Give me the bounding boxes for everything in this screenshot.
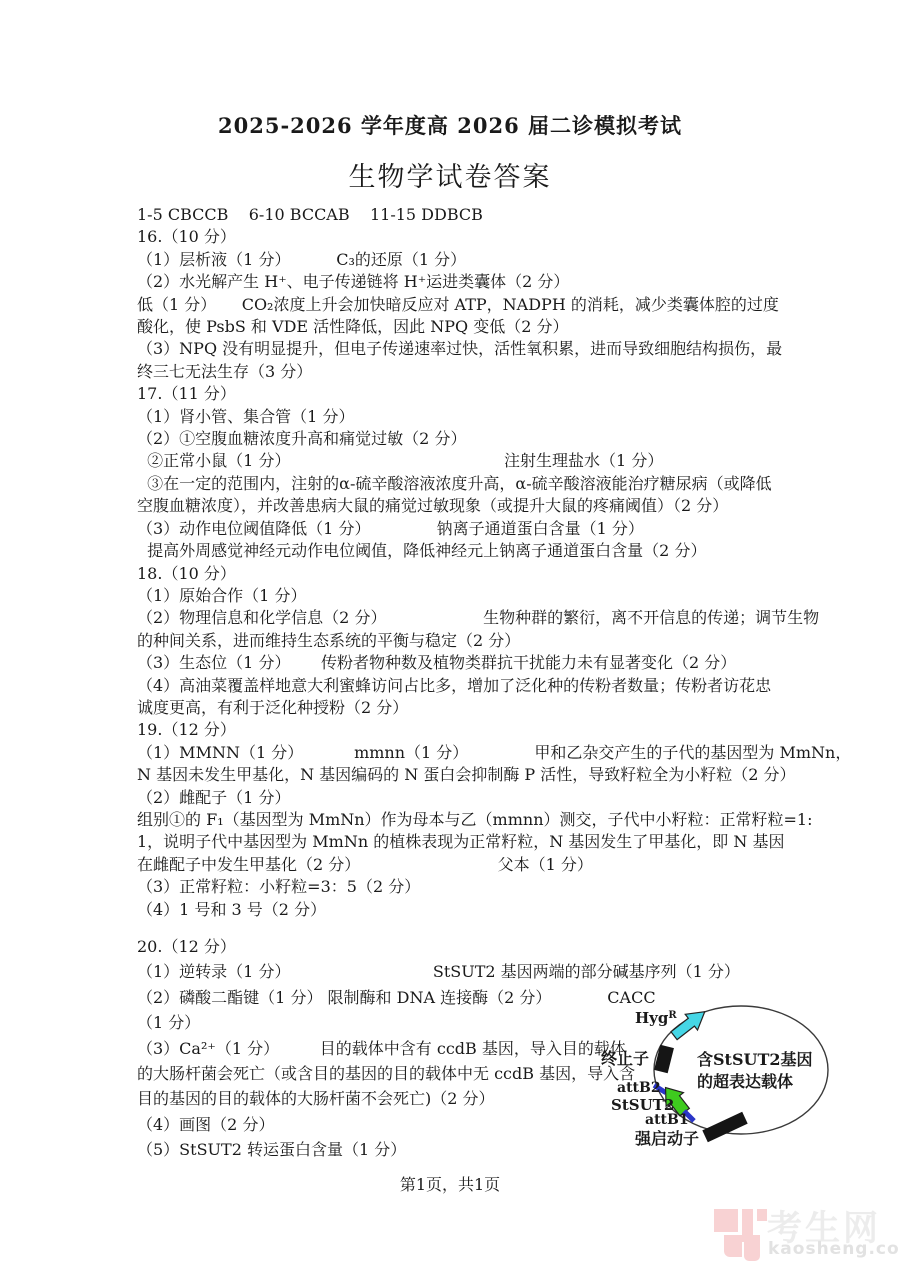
answer-line: （3）正常籽粒：小籽粒=3：5（2 分） xyxy=(137,876,857,898)
exam-answer-page: 2025-2026 学年度高 2026 届二诊模拟考试 生物学试卷答案 1-5 … xyxy=(0,0,900,1274)
answer-line: N 基因未发生甲基化，N 基因编码的 N 蛋白会抑制酶 P 活性，导致籽粒全为小… xyxy=(137,764,857,786)
answer-line: （2）物理信息和化学信息（2 分） 生物种群的繁衍，离不开信息的传递；调节生物 xyxy=(137,607,857,629)
attB1-label: attB1 xyxy=(645,1112,689,1128)
answer-line: 终三七无法生存（3 分） xyxy=(137,361,857,383)
answer-line: 19.（12 分） xyxy=(137,719,857,741)
answer-line: 17.（11 分） xyxy=(137,383,857,405)
answer-line: （1）层析液（1 分） C₃的还原（1 分） xyxy=(137,249,857,271)
answer-line: （2）磷酸二酯键（1 分） 限制酶和 DNA 连接酶（2 分） CACC xyxy=(137,985,607,1010)
answer-line: 目的基因的目的载体的大肠杆菌不会死亡)（2 分） xyxy=(137,1086,607,1111)
answer-line: 酸化，使 PsbS 和 VDE 活性降低，因此 NPQ 变低（2 分） xyxy=(137,316,857,338)
attB2-label: attB2 xyxy=(617,1080,661,1096)
answer-line: （4）高油菜覆盖样地意大利蜜蜂访问占比多，增加了泛化种的传粉者数量；传粉者访花忠 xyxy=(137,675,857,697)
promoter-label: 强启动子 xyxy=(634,1129,699,1148)
watermark: 考生网 kaosheng.com xyxy=(705,1195,895,1270)
answer-line: ③在一定的范围内，注射的α-硫辛酸溶液浓度升高，α-硫辛酸溶液能治疗糖尿病（或降… xyxy=(137,473,857,495)
answer-line: 1，说明子代中基因型为 MmNn 的植株表现为正常籽粒，N 基因发生了甲基化，即… xyxy=(137,831,857,853)
answer-line: 在雌配子中发生甲基化（2 分） 父本（1 分） xyxy=(137,854,857,876)
answer-line: 16.（10 分） xyxy=(137,226,857,248)
document-subtitle: 生物学试卷答案 xyxy=(0,160,900,196)
answer-line: ②正常小鼠（1 分） 注射生理盐水（1 分） xyxy=(137,450,857,472)
answer-line: 低（1 分） CO₂浓度上升会加快暗反应对 ATP，NADPH 的消耗，减少类囊… xyxy=(137,294,857,316)
answer-line: （1）逆转录（1 分） StSUT2 基因两端的部分碱基序列（1 分） xyxy=(137,959,607,984)
kaosheng-logo-icon xyxy=(705,1195,770,1265)
answer-line: （5）StSUT2 转运蛋白含量（1 分） xyxy=(137,1137,607,1162)
answer-line: 提高外周感觉神经元动作电位阈值，降低神经元上钠离子通道蛋白含量（2 分） xyxy=(137,540,857,562)
answer-line: 1-5 CBCCB 6-10 BCCAB 11-15 DDBCB xyxy=(137,204,857,226)
answer-line: （1）原始合作（1 分） xyxy=(137,585,857,607)
document-title: 2025-2026 学年度高 2026 届二诊模拟考试 xyxy=(0,112,900,140)
hygR-label: HygR xyxy=(635,1009,677,1027)
answer-line: （1 分） xyxy=(137,1010,607,1035)
answer-line: （2）水光解产生 H⁺、电子传递链将 H⁺运进类囊体（2 分） xyxy=(137,271,857,293)
answer-line: （3）生态位（1 分） 传粉者物种数及植物类群抗干扰能力未有显著变化（2 分） xyxy=(137,652,857,674)
answer-line: （4）1 号和 3 号（2 分） xyxy=(137,899,857,921)
answer-line: 空腹血糖浓度），并改善患病大鼠的痛觉过敏现象（或提升大鼠的疼痛阈值）（2 分） xyxy=(137,495,857,517)
answer-line: （2）①空腹血糖浓度升高和痛觉过敏（2 分） xyxy=(137,428,857,450)
answer-line: （3）NPQ 没有明显提升，但电子传递速率过快，活性氧积累，进而导致细胞结构损伤… xyxy=(137,338,857,360)
page-number: 第1页，共1页 xyxy=(0,1172,900,1195)
answer-body-main: 1-5 CBCCB 6-10 BCCAB 11-15 DDBCB16.（10 分… xyxy=(137,204,857,921)
answer-line: （4）画图（2 分） xyxy=(137,1112,607,1137)
terminator-block xyxy=(654,1045,674,1074)
answer-line: 18.（10 分） xyxy=(137,563,857,585)
promoter-block xyxy=(702,1112,747,1142)
answer-line: （3）Ca²⁺（1 分） 目的载体中含有 ccdB 基因，导入目的载体 xyxy=(137,1036,607,1061)
plasmid-caption-line2: 的超表达载体 xyxy=(697,1072,793,1091)
answer-line: （1）肾小管、集合管（1 分） xyxy=(137,406,857,428)
answer-line: （3）动作电位阈值降低（1 分） 钠离子通道蛋白含量（1 分） xyxy=(137,518,857,540)
answer-line: 20.（12 分） xyxy=(137,934,607,959)
answer-line: （1）MMNN（1 分） mmnn（1 分） 甲和乙杂交产生的子代的基因型为 M… xyxy=(137,742,857,764)
watermark-domain: kaosheng.com xyxy=(768,1239,900,1259)
answer-line: 诚度更高，有利于泛化种授粉（2 分） xyxy=(137,697,857,719)
answer-line: 组别①的 F₁（基因型为 MmNn）作为母本与乙（mmnn）测交，子代中小籽粒：… xyxy=(137,809,857,831)
answer-line: 的大肠杆菌会死亡（或含目的基因的目的载体中无 ccdB 基因，导入含 xyxy=(137,1061,607,1086)
plasmid-diagram: HygR 终止子 attB2 StSUT2 attB1 强启动子 含StSUT2… xyxy=(593,997,893,1177)
answer-body-q20: 20.（12 分）（1）逆转录（1 分） StSUT2 基因两端的部分碱基序列（… xyxy=(137,934,607,1163)
plasmid-caption-line1: 含StSUT2基因 xyxy=(697,1050,813,1069)
answer-line: 的种间关系，进而维持生态系统的平衡与稳定（2 分） xyxy=(137,630,857,652)
terminator-label: 终止子 xyxy=(601,1049,649,1068)
answer-line: （2）雌配子（1 分） xyxy=(137,787,857,809)
